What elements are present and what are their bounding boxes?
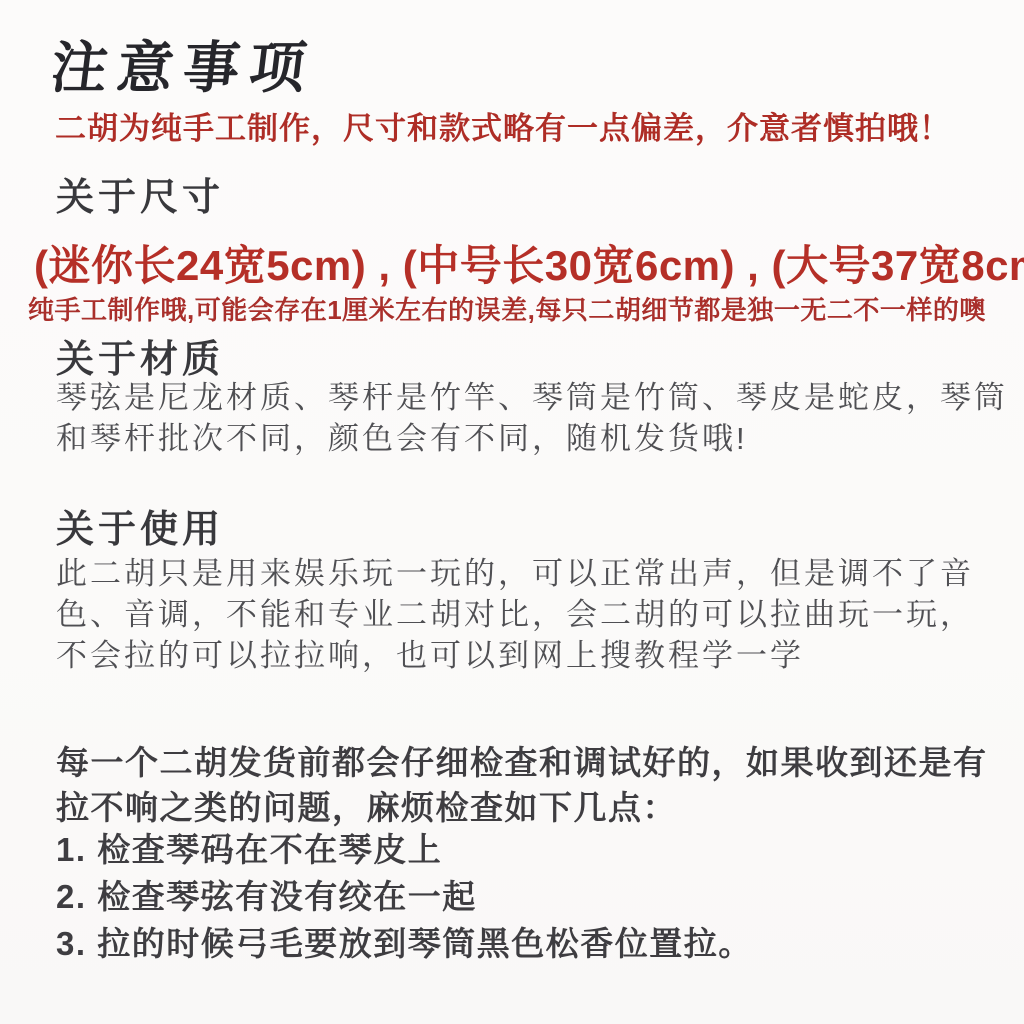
handmade-warning-text: 二胡为纯手工制作，尺寸和款式略有一点偏差，介意者慎拍哦！ <box>55 103 951 148</box>
inspection-checklist: 1. 检查琴码在不在琴皮上 2. 检查琴弦有没有绞在一起 3. 拉的时候弓毛要放… <box>56 826 1006 967</box>
size-dimensions-text: (迷你长24宽5cm) , (中号长30宽6cm) , (大号37宽8cm) <box>34 233 1024 293</box>
material-section-body: 琴弦是尼龙材质、琴杆是竹竿、琴筒是竹筒、琴皮是蛇皮，琴筒和琴杆批次不同，颜色会有… <box>56 377 1013 459</box>
usage-section-heading: 关于使用 <box>56 498 224 553</box>
page-title: 注意事项 <box>47 24 321 104</box>
checklist-item-3: 3. 拉的时候弓毛要放到琴筒黑色松香位置拉。 <box>56 920 1006 967</box>
checklist-item-1: 1. 检查琴码在不在琴皮上 <box>56 826 1006 873</box>
usage-section-body: 此二胡只是用来娱乐玩一玩的，可以正常出声，但是调不了音色、音调，不能和专业二胡对… <box>56 553 996 676</box>
size-tolerance-note: 纯手工制作哦,可能会存在1厘米左右的误差,每只二胡细节都是独一无二不一样的噢 <box>28 290 986 327</box>
product-notice-page: 注意事项 二胡为纯手工制作，尺寸和款式略有一点偏差，介意者慎拍哦！ 关于尺寸 (… <box>0 0 1024 1024</box>
material-section-heading: 关于材质 <box>56 328 224 383</box>
inspection-intro-text: 每一个二胡发货前都会仔细检查和调试好的，如果收到还是有拉不响之类的问题，麻烦检查… <box>56 740 996 830</box>
checklist-item-2: 2. 检查琴弦有没有绞在一起 <box>56 873 1006 920</box>
size-section-heading: 关于尺寸 <box>56 166 224 221</box>
